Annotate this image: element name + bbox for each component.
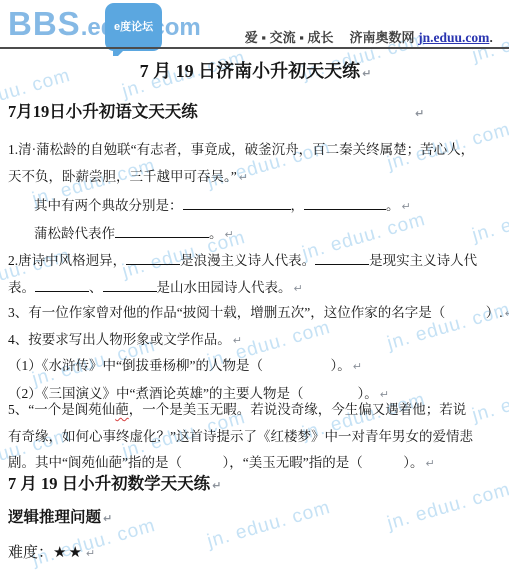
- question-5: 5、“一个是阆苑仙葩，一个是美玉无暇。若说没奇缘，今生偏又遇着他；若说有奇缘，如…: [8, 397, 503, 478]
- paragraph-mark: ↵: [402, 200, 411, 213]
- question-3: 3、有一位作家曾对他的作品“披阅十载，增删五次”，这位作家的名字是（ ）.↵: [8, 299, 503, 327]
- paragraph-mark: ↵: [225, 228, 234, 241]
- difficulty-row: 难度：★★↵: [8, 542, 503, 565]
- site-link[interactable]: jn.eduu.com: [418, 30, 489, 45]
- paragraph-mark: ↵: [415, 102, 424, 126]
- paragraph-mark: ↵: [212, 479, 221, 492]
- question-1-sub-2: 蒲松龄代表作。↵: [8, 220, 503, 248]
- paragraph-mark: ↵: [294, 282, 303, 295]
- question-1: 1.清·蒲松龄的自勉联“有志者，事竟成，破釜沉舟，百二秦关终属楚；苦心人，天不负…: [8, 136, 503, 191]
- page-title: 7 月 19 日济南小升初天天练↵: [8, 58, 503, 87]
- answer-blank: [126, 250, 180, 265]
- math-section-heading: 7 月 19 日小升初数学天天练↵: [8, 472, 503, 498]
- spellcheck-underline: 葩: [115, 402, 129, 417]
- header-tagline: 爱 ▪ 交流 ▪ 成长济南奥数网 jn.eduu.com.: [245, 27, 493, 46]
- answer-blank: [103, 277, 157, 292]
- tagline-slogan: 爱 ▪ 交流 ▪ 成长: [245, 30, 334, 45]
- answer-blank: [183, 195, 291, 210]
- logo-bbs-text: BBS: [8, 5, 81, 42]
- site-header: BBS.eduu˘.com e度论坛 爱 ▪ 交流 ▪ 成长济南奥数网 jn.e…: [0, 0, 509, 47]
- answer-blank: [315, 250, 369, 265]
- answer-blank: [35, 277, 89, 292]
- paragraph-mark: ↵: [425, 457, 434, 470]
- logic-problem-heading: 逻辑推理问题↵: [8, 507, 503, 530]
- header-divider: [0, 47, 509, 49]
- question-2: 2.唐诗中风格迥异，是浪漫主义诗人代表。是现实主义诗人代表。、是山水田园诗人代表…: [8, 247, 503, 302]
- question-1-sub-1: 其中有两个典故分别是：，。↵: [8, 192, 503, 220]
- bbs-eduu-logo[interactable]: BBS.eduu˘.com e度论坛: [8, 2, 201, 53]
- answer-blank: [304, 195, 386, 210]
- paragraph-mark: ↵: [362, 67, 371, 80]
- paragraph-mark: ↵: [103, 512, 112, 525]
- chinese-section-heading: 7月19日小升初语文天天练↵: [8, 100, 503, 124]
- difficulty-label: 难度：: [8, 545, 53, 561]
- site-name: 济南奥数网: [349, 30, 414, 45]
- question-4: 4、按要求写出人物形象或文学作品。↵: [8, 326, 503, 354]
- paragraph-mark: ↵: [86, 547, 95, 560]
- paragraph-mark: ↵: [233, 334, 242, 347]
- difficulty-stars: ★★: [53, 545, 84, 561]
- paragraph-mark: ↵: [239, 171, 248, 184]
- question-4-item-1: （1）《水浒传》中“倒拔垂杨柳”的人物是（ ）。↵: [8, 352, 503, 380]
- paragraph-mark: ↵: [505, 307, 509, 320]
- document-page: jn. eduu. comjn. eduu. comjn. eduu. comj…: [0, 0, 509, 574]
- answer-blank: [115, 223, 209, 238]
- paragraph-mark: ↵: [353, 360, 362, 373]
- link-suffix: .: [489, 30, 493, 45]
- edu-forum-badge: e度论坛: [105, 3, 162, 51]
